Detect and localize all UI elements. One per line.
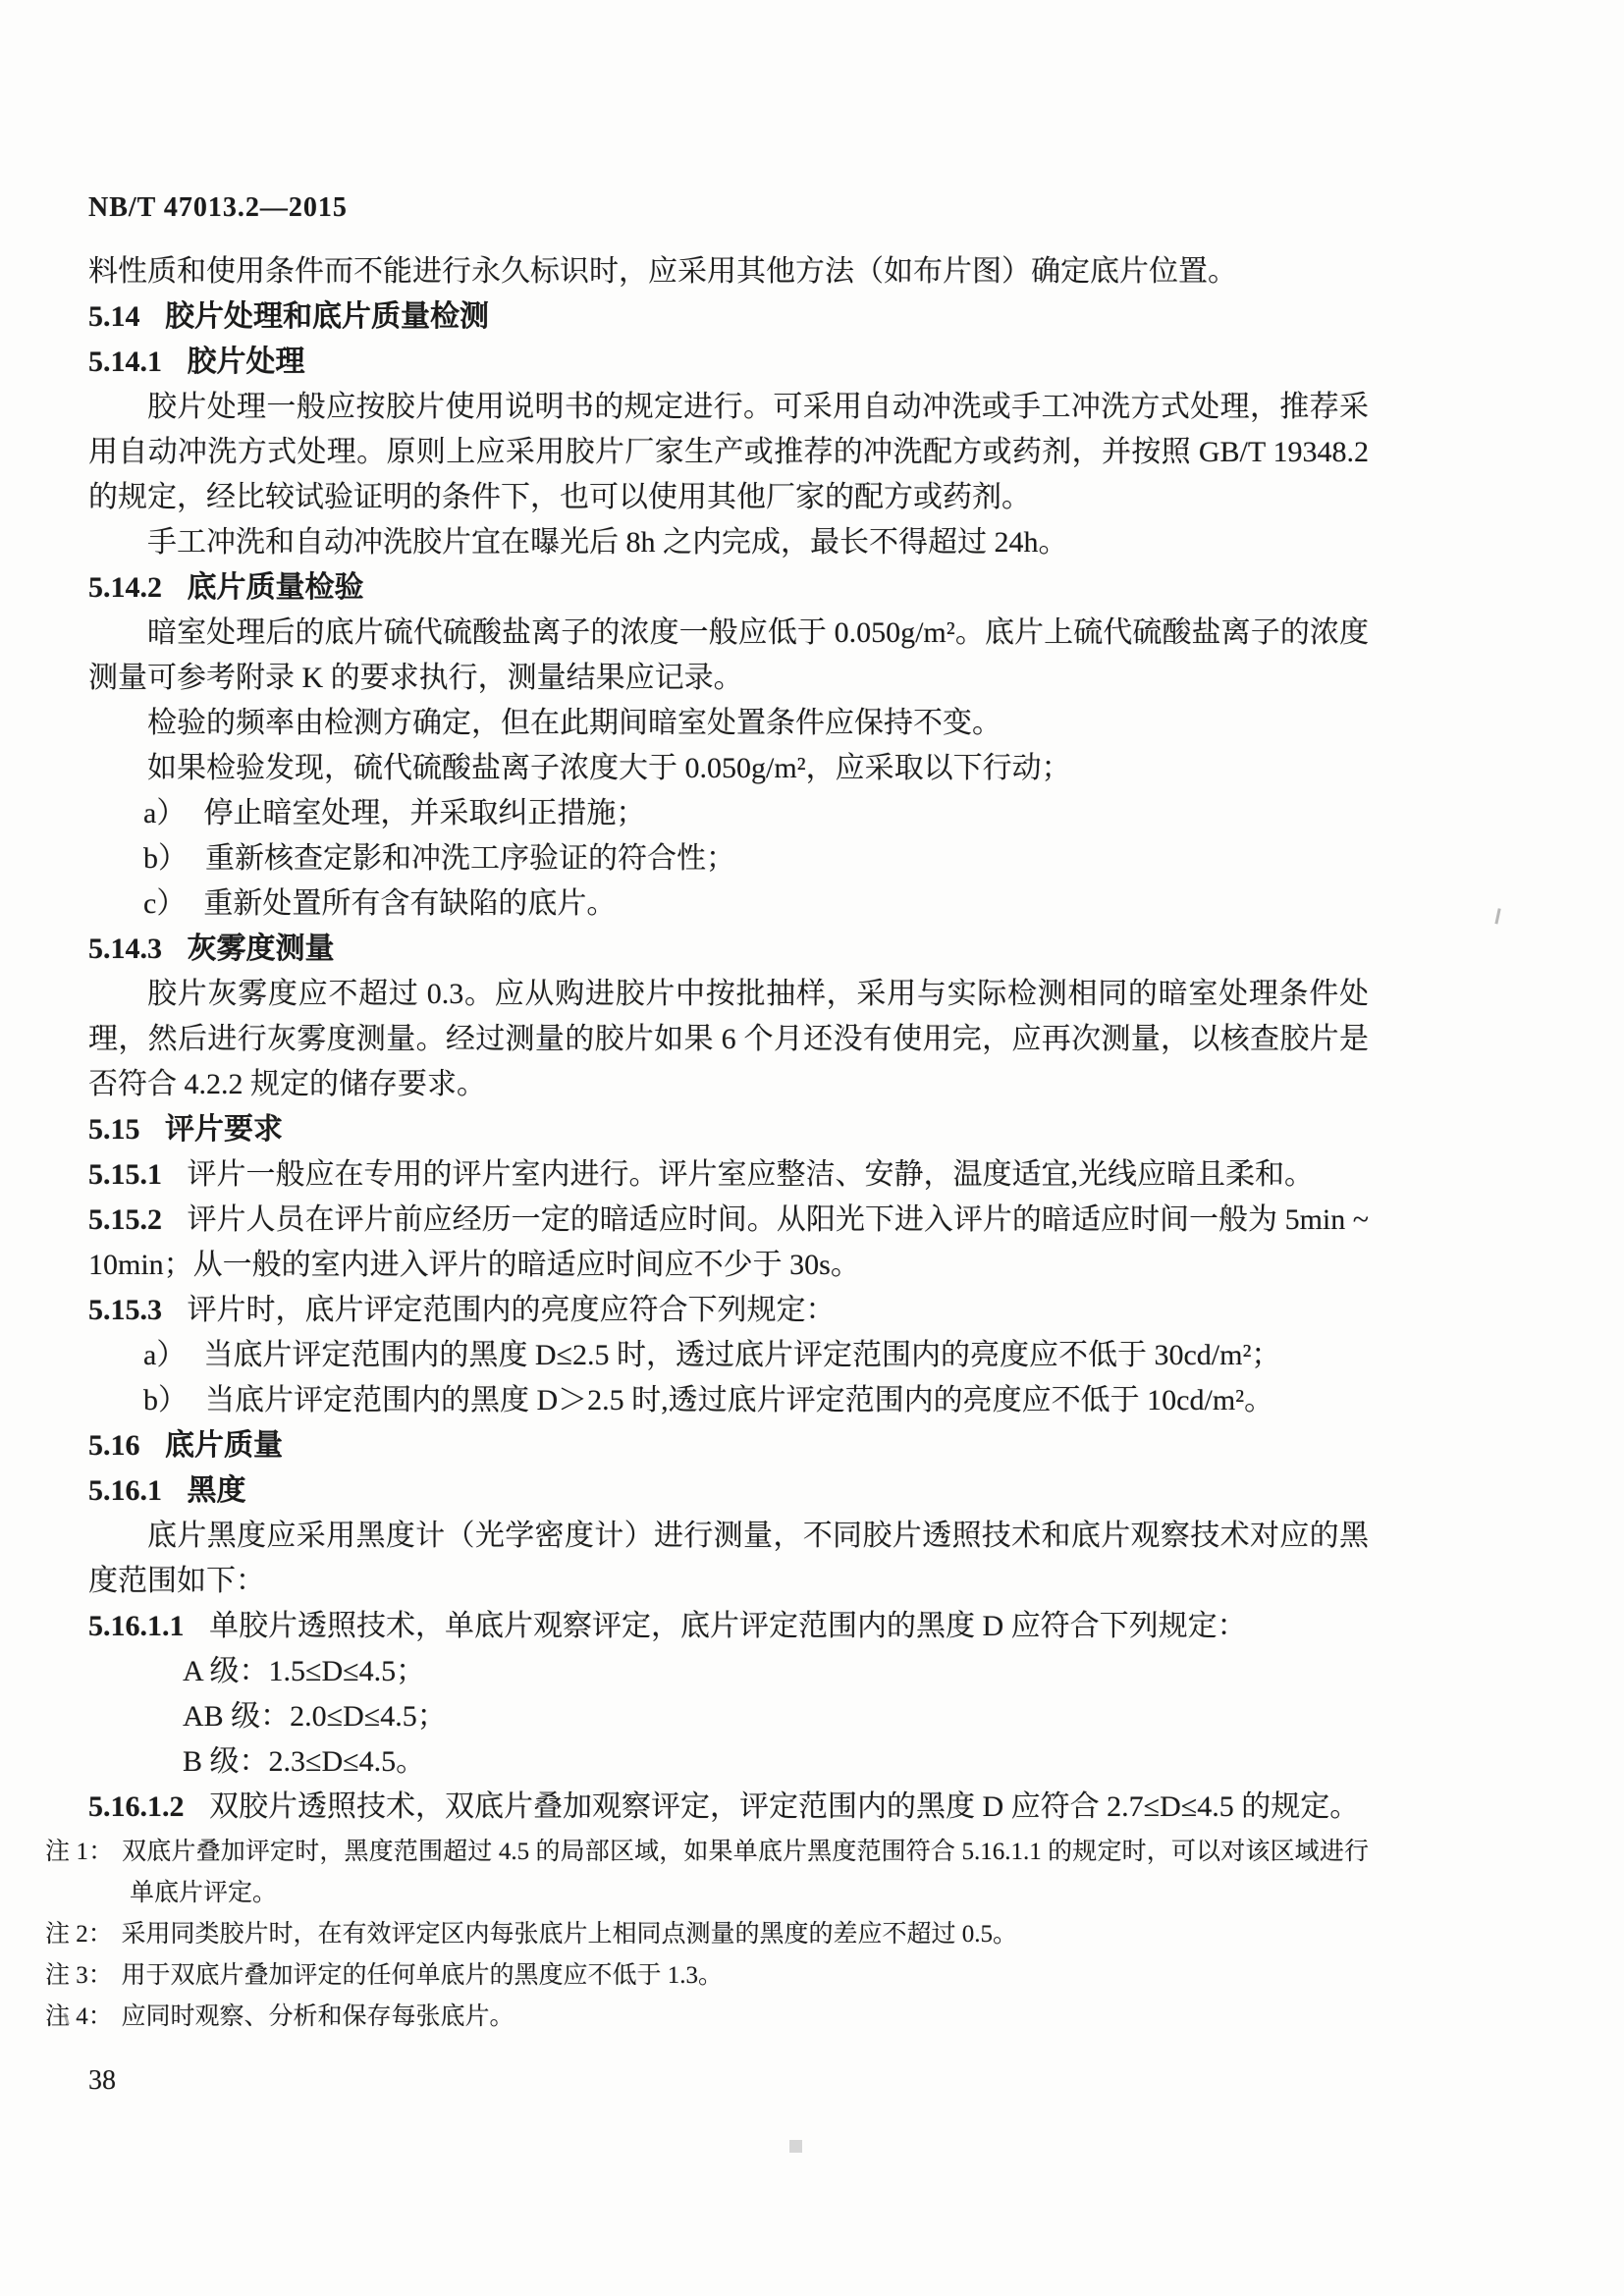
list-item-a: a）停止暗室处理，并采取纠正措施；	[143, 791, 1369, 836]
standard-number: NB/T 47013.2—2015	[88, 192, 1624, 224]
list-text: 重新核查定影和冲洗工序验证的符合性；	[205, 842, 735, 875]
page-number: 38	[88, 2065, 1624, 2097]
clause-number: 5.16.1	[88, 1474, 162, 1507]
note-label: 注 3：	[45, 1962, 113, 1989]
clause-number: 5.14.3	[88, 933, 162, 965]
note-4: 注 4：应同时观察、分析和保存每张底片。	[130, 1997, 1369, 2038]
clause-text: 评片时，底片评定范围内的亮度应符合下列规定：	[188, 1294, 836, 1326]
grade-line-a: A 级：1.5≤D≤4.5；	[183, 1649, 1369, 1694]
note-2: 注 2：采用同类胶片时，在有效评定区内每张底片上相同点测量的黑度的差应不超过 0…	[130, 1914, 1369, 1955]
clause-number: 5.15.2	[88, 1203, 162, 1236]
clause-number: 5.16.1.1	[88, 1610, 185, 1642]
section-heading-5-16-1: 5.16.1黑度	[88, 1468, 1369, 1514]
list-item-b: b）重新核查定影和冲洗工序验证的符合性；	[143, 836, 1369, 881]
list-marker: b）	[143, 842, 188, 875]
clause-title: 胶片处理	[188, 346, 305, 378]
clause-number: 5.14.1	[88, 346, 162, 378]
list-text: 当底片评定范围内的黑度 D≤2.5 时，透过底片评定范围内的亮度应不低于 30c…	[203, 1339, 1280, 1371]
grade-line-ab: AB 级：2.0≤D≤4.5；	[183, 1694, 1369, 1739]
clause-number: 5.15.3	[88, 1294, 162, 1326]
clause-number: 5.15	[88, 1113, 140, 1146]
list-item-b-brightness: b）当底片评定范围内的黑度 D＞2.5 时,透过底片评定范围内的亮度应不低于 1…	[143, 1378, 1369, 1423]
list-item-a-brightness: a）当底片评定范围内的黑度 D≤2.5 时，透过底片评定范围内的亮度应不低于 3…	[143, 1333, 1369, 1378]
note-label: 注 2：	[45, 1921, 113, 1948]
section-heading-5-16: 5.16底片质量	[88, 1423, 1369, 1468]
section-heading-5-14-1: 5.14.1胶片处理	[88, 340, 1369, 385]
clause-title: 灰雾度测量	[188, 933, 335, 965]
note-text: 双底片叠加评定时，黑度范围超过 4.5 的局部区域，如果单底片黑度范围符合 5.…	[122, 1839, 1369, 1906]
note-text: 用于双底片叠加评定的任何单底片的黑度应不低于 1.3。	[122, 1962, 724, 1989]
clause-text: 评片一般应在专用的评片室内进行。评片室应整洁、安静，温度适宜,光线应暗且柔和。	[188, 1158, 1315, 1191]
clause-5-16-1-1: 5.16.1.1单胶片透照技术，单底片观察评定，底片评定范围内的黑度 D 应符合…	[88, 1604, 1369, 1649]
note-1: 注 1：双底片叠加评定时，黑度范围超过 4.5 的局部区域，如果单底片黑度范围符…	[130, 1832, 1369, 1914]
list-marker: b）	[143, 1384, 188, 1416]
intro-paragraph: 料性质和使用条件而不能进行永久标识时，应采用其他方法（如布片图）确定底片位置。	[88, 249, 1369, 294]
clause-5-15-1: 5.15.1评片一般应在专用的评片室内进行。评片室应整洁、安静，温度适宜,光线应…	[88, 1152, 1369, 1198]
list-marker: a）	[143, 1339, 186, 1371]
clause-title: 黑度	[188, 1474, 246, 1507]
section-heading-5-15: 5.15评片要求	[88, 1107, 1369, 1152]
list-marker: c）	[143, 887, 186, 920]
note-label: 注 1：	[45, 1839, 113, 1865]
clause-5-15-2: 5.15.2评片人员在评片前应经历一定的暗适应时间。从阳光下进入评片的暗适应时间…	[88, 1198, 1369, 1288]
section-heading-5-14-2: 5.14.2底片质量检验	[88, 565, 1369, 611]
clause-title: 底片质量	[165, 1429, 283, 1462]
section-heading-5-14-3: 5.14.3灰雾度测量	[88, 927, 1369, 972]
clause-5-16-1-2: 5.16.1.2双胶片透照技术，双底片叠加观察评定，评定范围内的黑度 D 应符合…	[88, 1785, 1369, 1830]
clause-text: 评片人员在评片前应经历一定的暗适应时间。从阳光下进入评片的暗适应时间一般为 5m…	[88, 1203, 1369, 1281]
paragraph-film-processing: 胶片处理一般应按胶片使用说明书的规定进行。可采用自动冲洗或手工冲洗方式处理，推荐…	[88, 385, 1369, 520]
list-text: 停止暗室处理，并采取纠正措施；	[203, 797, 645, 829]
paragraph-densitometer: 底片黑度应采用黑度计（光学密度计）进行测量，不同胶片透照技术和底片观察技术对应的…	[88, 1514, 1369, 1604]
paragraph-processing-time: 手工冲洗和自动冲洗胶片宜在曝光后 8h 之内完成，最长不得超过 24h。	[88, 520, 1369, 565]
clause-title: 评片要求	[165, 1113, 283, 1146]
notes-block: 注 1：双底片叠加评定时，黑度范围超过 4.5 的局部区域，如果单底片黑度范围符…	[88, 1832, 1369, 2038]
clause-text: 双胶片透照技术，双底片叠加观察评定，评定范围内的黑度 D 应符合 2.7≤D≤4…	[209, 1790, 1359, 1823]
grade-line-b: B 级：2.3≤D≤4.5。	[183, 1739, 1369, 1785]
clause-number: 5.16	[88, 1429, 140, 1462]
list-marker: a）	[143, 797, 186, 829]
clause-number: 5.16.1.2	[88, 1790, 185, 1823]
paragraph-if-found: 如果检验发现，硫代硫酸盐离子浓度大于 0.050g/m²，应采取以下行动；	[88, 746, 1369, 791]
clause-number: 5.14	[88, 300, 140, 333]
note-text: 应同时观察、分析和保存每张底片。	[122, 2003, 514, 2030]
list-text: 当底片评定范围内的黑度 D＞2.5 时,透过底片评定范围内的亮度应不低于 10c…	[205, 1384, 1273, 1416]
section-heading-5-14: 5.14胶片处理和底片质量检测	[88, 294, 1369, 340]
document-page: NB/T 47013.2—2015 料性质和使用条件而不能进行永久标识时，应采用…	[0, 0, 1624, 2296]
paragraph-inspection-frequency: 检验的频率由检测方确定，但在此期间暗室处置条件应保持不变。	[88, 701, 1369, 746]
clause-text: 单胶片透照技术，单底片观察评定，底片评定范围内的黑度 D 应符合下列规定：	[209, 1610, 1247, 1642]
document-body: 料性质和使用条件而不能进行永久标识时，应采用其他方法（如布片图）确定底片位置。 …	[0, 249, 1624, 2038]
note-3: 注 3：用于双底片叠加评定的任何单底片的黑度应不低于 1.3。	[130, 1955, 1369, 1997]
paragraph-fog-density: 胶片灰雾度应不超过 0.3。应从购进胶片中按批抽样，采用与实际检测相同的暗室处理…	[88, 972, 1369, 1107]
note-label: 注 4：	[45, 2003, 113, 2030]
clause-number: 5.14.2	[88, 571, 162, 604]
list-item-c: c）重新处置所有含有缺陷的底片。	[143, 881, 1369, 927]
clause-title: 底片质量检验	[188, 571, 364, 604]
clause-5-15-3: 5.15.3评片时，底片评定范围内的亮度应符合下列规定：	[88, 1288, 1369, 1333]
clause-title: 胶片处理和底片质量检测	[165, 300, 489, 333]
paragraph-thiosulfate: 暗室处理后的底片硫代硫酸盐离子的浓度一般应低于 0.050g/m²。底片上硫代硫…	[88, 611, 1369, 701]
scan-artifact	[789, 2140, 802, 2153]
list-text: 重新处置所有含有缺陷的底片。	[203, 887, 616, 920]
clause-number: 5.15.1	[88, 1158, 162, 1191]
note-text: 采用同类胶片时，在有效评定区内每张底片上相同点测量的黑度的差应不超过 0.5。	[122, 1921, 1018, 1948]
